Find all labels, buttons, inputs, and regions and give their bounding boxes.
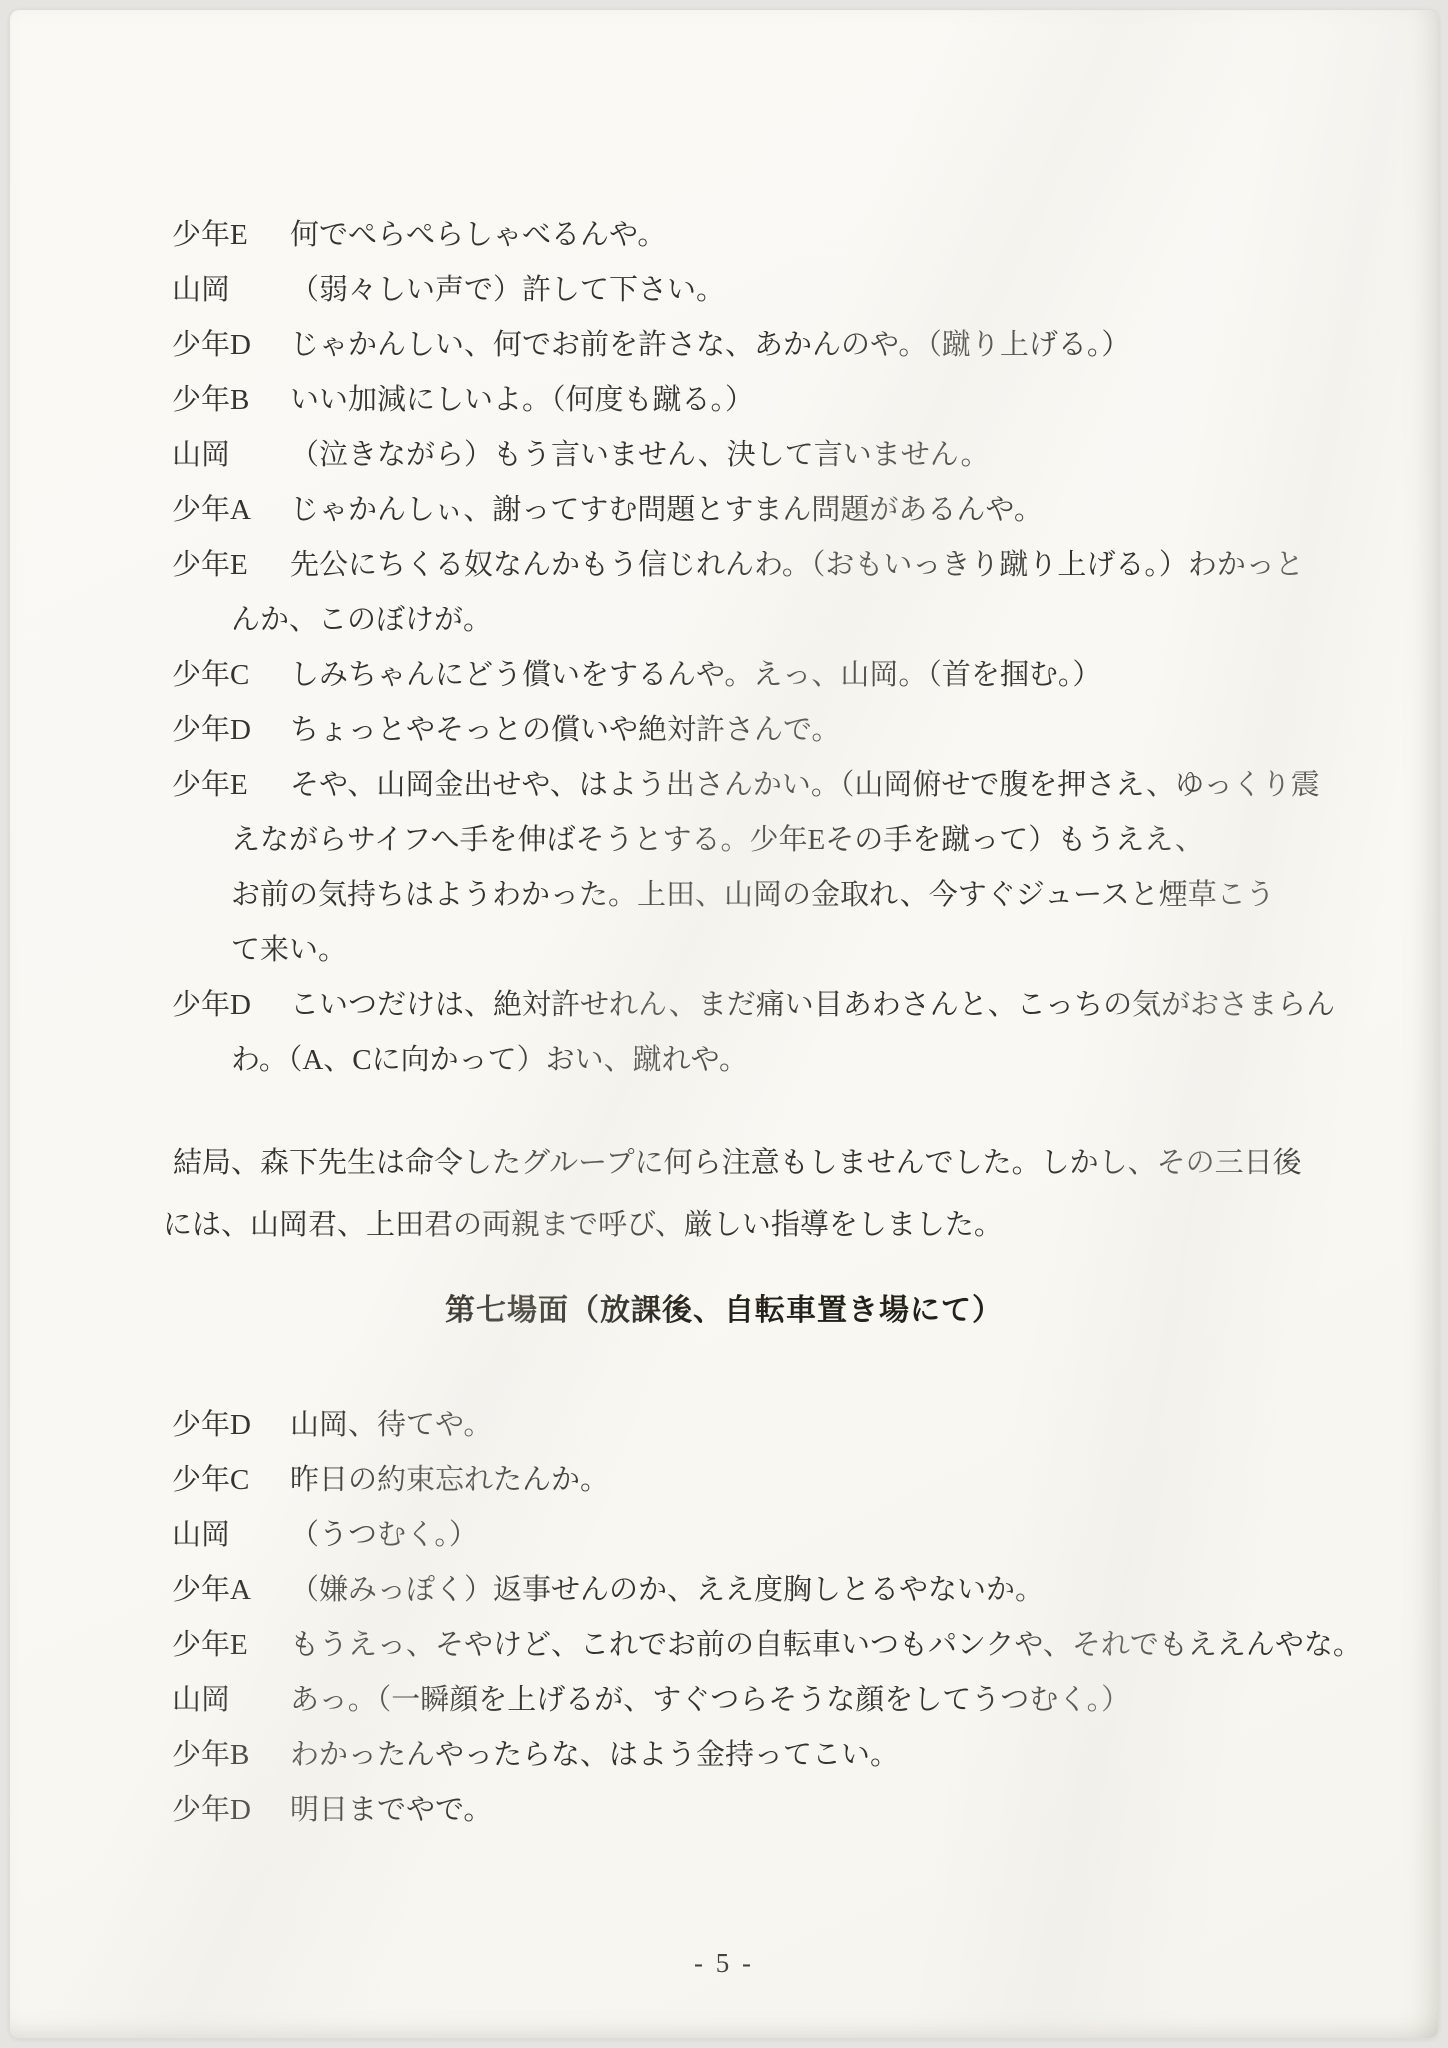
speaker-label: 少年D (172, 978, 251, 1033)
dialogue-text: じゃかんしぃ、謝ってすむ問題とすまん問題があるんや。 (231, 483, 1391, 538)
speaker-label: 少年E (172, 1618, 248, 1673)
speaker-label: 少年E (172, 208, 248, 263)
dialogue-text: しみちゃんにどう償いをするんや。えっ、山岡。（首を掴む。） (231, 648, 1391, 703)
speaker-label: 山岡 (172, 263, 230, 318)
dialogue-row: 少年D じゃかんしい、何でお前を許さな、あかんのや。（蹴り上げる。） (10, 318, 1438, 373)
speaker-label: 少年A (172, 1563, 251, 1618)
dialogue-text: 先公にちくる奴なんかもう信じれんわ。（おもいっきり蹴り上げる。）わかっと んか、… (231, 538, 1391, 648)
speaker-label: 少年B (172, 373, 249, 428)
dialogue-row: 少年E もうえっ、そやけど、これでお前の自転車いつもパンクや、それでもええんやな… (10, 1618, 1438, 1673)
speaker-label: 少年C (172, 1453, 249, 1508)
dialogue-text: ちょっとやそっとの償いや絶対許さんで。 (231, 703, 1391, 758)
dialogue-row: 少年E 先公にちくる奴なんかもう信じれんわ。（おもいっきり蹴り上げる。）わかっと… (10, 538, 1438, 648)
dialogue-text: じゃかんしい、何でお前を許さな、あかんのや。（蹴り上げる。） (231, 318, 1391, 373)
dialogue-text: 明日までやで。 (231, 1783, 1391, 1838)
speaker-label: 少年D (172, 318, 251, 373)
dialogue-text: （嫌みっぽく）返事せんのか、ええ度胸しとるやないか。 (231, 1563, 1391, 1618)
speaker-label: 少年E (172, 538, 248, 593)
dialogue-row: 山岡 （泣きながら）もう言いません、決して言いません。 (10, 428, 1438, 483)
dialogue-text: 昨日の約束忘れたんか。 (231, 1453, 1391, 1508)
dialogue-row: 少年D 明日までやで。 (10, 1783, 1438, 1838)
dialogue-row: 少年C しみちゃんにどう償いをするんや。えっ、山岡。（首を掴む。） (10, 648, 1438, 703)
speaker-label: 少年D (172, 1783, 251, 1838)
dialogue-row: 少年D ちょっとやそっとの償いや絶対許さんで。 (10, 703, 1438, 758)
document-page: 少年E 何でぺらぺらしゃべるんや。 山岡 （弱々しい声で）許して下さい。 少年D… (9, 9, 1439, 2039)
dialogue-row: 少年B いい加減にしいよ。（何度も蹴る。） (10, 373, 1438, 428)
dialogue-text: わかったんやったらな、はよう金持ってこい。 (231, 1728, 1391, 1783)
dialogue-text: （泣きながら）もう言いません、決して言いません。 (231, 428, 1391, 483)
dialogue-row: 少年C 昨日の約束忘れたんか。 (10, 1453, 1438, 1508)
dialogue-text: いい加減にしいよ。（何度も蹴る。） (231, 373, 1391, 428)
speaker-label: 少年D (172, 1398, 251, 1453)
page-number: - 5 - (10, 1948, 1438, 1979)
dialogue-row: 山岡 （うつむく。） (10, 1508, 1438, 1563)
dialogue-text: こいつだけは、絶対許せれん、まだ痛い目あわさんと、こっちの気がおさまらん わ。（… (231, 978, 1391, 1088)
scene-heading: 第七場面（放課後、自転車置き場にて） (10, 1282, 1438, 1340)
narration-paragraph: 結局、森下先生は命令したグループに何ら注意もしませんでした。しかし、その三日後 … (163, 1132, 1333, 1256)
dialogue-block-2: 少年D 山岡、待てや。 少年C 昨日の約束忘れたんか。 山岡 （うつむく。） 少… (10, 1398, 1438, 1838)
dialogue-row: 少年E 何でぺらぺらしゃべるんや。 (10, 208, 1438, 263)
dialogue-text: 何でぺらぺらしゃべるんや。 (231, 208, 1391, 263)
dialogue-row: 少年D こいつだけは、絶対許せれん、まだ痛い目あわさんと、こっちの気がおさまらん… (10, 978, 1438, 1088)
dialogue-row: 少年D 山岡、待てや。 (10, 1398, 1438, 1453)
dialogue-text: そや、山岡金出せや、はよう出さんかい。（山岡俯せで腹を押さえ、ゆっくり震 えなが… (231, 758, 1391, 978)
speaker-label: 少年B (172, 1728, 249, 1783)
speaker-label: 山岡 (172, 428, 230, 483)
speaker-label: 少年D (172, 703, 251, 758)
speaker-label: 山岡 (172, 1508, 230, 1563)
dialogue-text: 山岡、待てや。 (231, 1398, 1391, 1453)
dialogue-text: （弱々しい声で）許して下さい。 (231, 263, 1391, 318)
speaker-label: 山岡 (172, 1673, 230, 1728)
dialogue-text: （うつむく。） (231, 1508, 1391, 1563)
dialogue-row: 山岡 （弱々しい声で）許して下さい。 (10, 263, 1438, 318)
dialogue-block-1: 少年E 何でぺらぺらしゃべるんや。 山岡 （弱々しい声で）許して下さい。 少年D… (10, 208, 1438, 1088)
speaker-label: 少年C (172, 648, 249, 703)
dialogue-text: もうえっ、そやけど、これでお前の自転車いつもパンクや、それでもええんやな。 (231, 1618, 1391, 1673)
dialogue-text: あっ。（一瞬顔を上げるが、すぐつらそうな顔をしてうつむく。） (231, 1673, 1391, 1728)
dialogue-row: 少年A （嫌みっぽく）返事せんのか、ええ度胸しとるやないか。 (10, 1563, 1438, 1618)
dialogue-row: 少年E そや、山岡金出せや、はよう出さんかい。（山岡俯せで腹を押さえ、ゆっくり震… (10, 758, 1438, 978)
dialogue-row: 少年A じゃかんしぃ、謝ってすむ問題とすまん問題があるんや。 (10, 483, 1438, 538)
speaker-label: 少年A (172, 483, 251, 538)
speaker-label: 少年E (172, 758, 248, 813)
dialogue-row: 山岡 あっ。（一瞬顔を上げるが、すぐつらそうな顔をしてうつむく。） (10, 1673, 1438, 1728)
dialogue-row: 少年B わかったんやったらな、はよう金持ってこい。 (10, 1728, 1438, 1783)
